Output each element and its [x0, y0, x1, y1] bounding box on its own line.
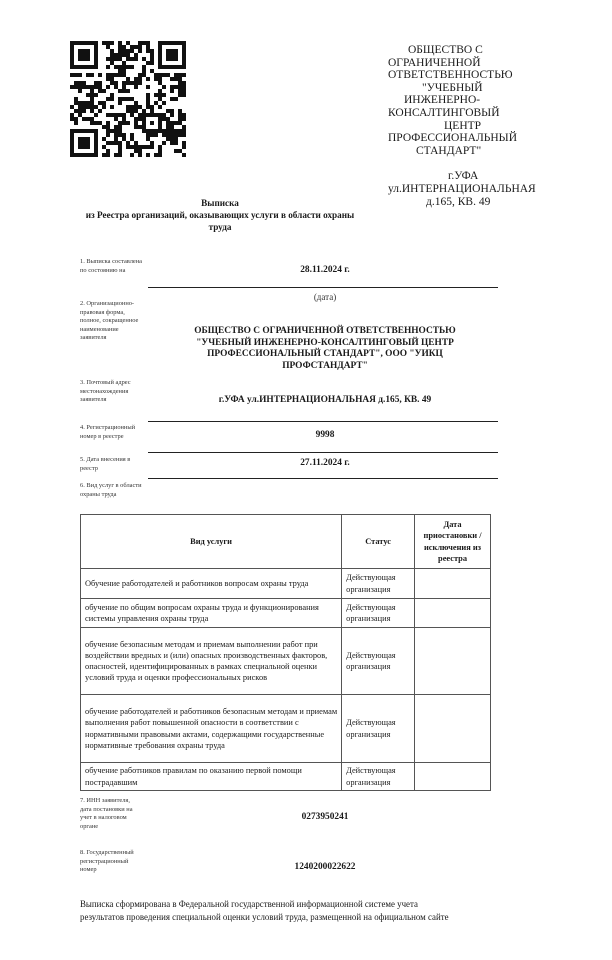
status-cell: Действующая организация	[342, 695, 415, 763]
org-line: ЦЕНТР	[380, 120, 550, 133]
service-cell: обучение безопасным методам и приемам вы…	[81, 628, 342, 695]
org-line: ИНЖЕНЕРНО-	[380, 94, 550, 107]
org-line: "УЧЕБНЫЙ	[380, 82, 550, 95]
org-address-line: д.165, КВ. 49	[380, 196, 550, 209]
table-header-row: Вид услуги Статус Дата приостановки / ис…	[81, 515, 491, 569]
service-cell: обучение работников правилам по оказанию…	[81, 763, 342, 791]
footer-note: Выписка сформирована в Федеральной госуд…	[80, 898, 520, 924]
field-8-value: 1240200022622	[150, 862, 500, 874]
divider	[148, 452, 498, 453]
org-address-line: ул.ИНТЕРНАЦИОНАЛЬНАЯ	[380, 183, 550, 196]
field-3-value: г.УФА ул.ИНТЕРНАЦИОНАЛЬНАЯ д.165, КВ. 49	[150, 395, 500, 407]
org-line: ОГРАНИЧЕННОЙ	[380, 57, 550, 70]
divider	[148, 478, 498, 479]
field-5-value: 27.11.2024 г.	[150, 458, 500, 470]
table-row: обучение по общим вопросам охраны труда …	[81, 599, 491, 628]
date-cell	[415, 763, 491, 791]
header-service-type: Вид услуги	[81, 515, 342, 569]
org-line: СТАНДАРТ"	[380, 145, 550, 158]
table-row: обучение безопасным методам и приемам вы…	[81, 628, 491, 695]
field-2-value-line: "УЧЕБНЫЙ ИНЖЕНЕРНО-КОНСАЛТИНГОВЫЙ ЦЕНТР	[150, 338, 500, 350]
header-suspension-date: Дата приостановки / исключения из реестр…	[415, 515, 491, 569]
field-4-value: 9998	[150, 430, 500, 442]
footer-line: результатов проведения специальной оценк…	[80, 911, 520, 924]
table-row: обучение работников правилам по оказанию…	[81, 763, 491, 791]
table-row: обучение работодателей и работников безо…	[81, 695, 491, 763]
qr-code-icon	[70, 41, 186, 157]
footer-line: Выписка сформирована в Федеральной госуд…	[80, 898, 520, 911]
field-7-label: 7. ИНН заявителя, дата постановки на уче…	[80, 797, 142, 831]
divider	[148, 421, 498, 422]
organization-header: ОБЩЕСТВО С ОГРАНИЧЕННОЙ ОТВЕТСТВЕННОСТЬЮ…	[380, 44, 550, 208]
title-line: Выписка	[60, 197, 380, 209]
org-line: ПРОФЕССИОНАЛЬНЫЙ	[380, 132, 550, 145]
org-line: ОТВЕТСТВЕННОСТЬЮ	[380, 69, 550, 82]
field-8-label: 8. Государственный регистрационный номер	[80, 849, 142, 875]
table-row: Обучение работодателей и работников вопр…	[81, 569, 491, 599]
status-cell: Действующая организация	[342, 763, 415, 791]
header-status: Статус	[342, 515, 415, 569]
status-cell: Действующая организация	[342, 628, 415, 695]
service-cell: обучение по общим вопросам охраны труда …	[81, 599, 342, 628]
field-1-caption: (дата)	[150, 292, 500, 302]
org-address-line: г.УФА	[380, 170, 550, 183]
field-1-value: 28.11.2024 г.	[150, 265, 500, 277]
org-line: КОНСАЛТИНГОВЫЙ	[380, 107, 550, 120]
service-cell: Обучение работодателей и работников вопр…	[81, 569, 342, 599]
date-cell	[415, 628, 491, 695]
status-cell: Действующая организация	[342, 599, 415, 628]
title-line: из Реестра организаций, оказывающих услу…	[60, 209, 380, 221]
org-line: ОБЩЕСТВО С	[380, 44, 550, 57]
date-cell	[415, 695, 491, 763]
field-4-label: 4. Регистрационный номер в реестре	[80, 424, 142, 441]
divider	[148, 287, 498, 288]
field-6-label: 6. Вид услуг в области охраны труда	[80, 482, 142, 499]
field-1-label: 1. Выписка составлена по состоянию на	[80, 258, 142, 275]
title-line: труда	[60, 221, 380, 233]
date-cell	[415, 569, 491, 599]
services-table: Вид услуги Статус Дата приостановки / ис…	[80, 514, 491, 791]
field-2-value-line: ОБЩЕСТВО С ОГРАНИЧЕННОЙ ОТВЕТСТВЕННОСТЬЮ	[150, 326, 500, 338]
date-cell	[415, 599, 491, 628]
field-3-label: 3. Почтовый адрес местонахождения заявит…	[80, 379, 142, 405]
service-cell: обучение работодателей и работников безо…	[81, 695, 342, 763]
field-2-value-line: ПРОФСТАНДАРТ"	[150, 361, 500, 373]
field-2-label: 2. Организационно-правовая форма, полное…	[80, 300, 142, 343]
field-2-value: ОБЩЕСТВО С ОГРАНИЧЕННОЙ ОТВЕТСТВЕННОСТЬЮ…	[150, 326, 500, 372]
document-title: Выписка из Реестра организаций, оказываю…	[60, 197, 380, 233]
field-2-value-line: ПРОФЕССИОНАЛЬНЫЙ СТАНДАРТ", ООО "УИКЦ	[150, 349, 500, 361]
status-cell: Действующая организация	[342, 569, 415, 599]
field-5-label: 5. Дата внесения в реестр	[80, 456, 142, 473]
field-7-value: 0273950241	[150, 812, 500, 824]
